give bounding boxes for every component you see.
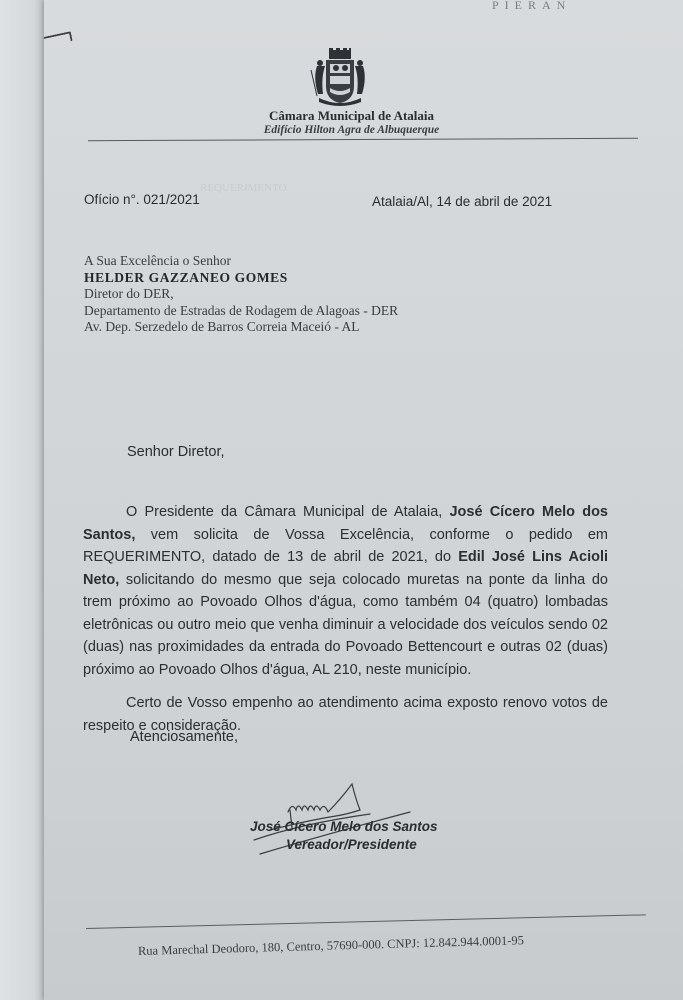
body-text-segment: solicitando do mesmo que seja colocado m…	[83, 572, 608, 678]
place-and-date: Atalaia/Al, 14 de abril de 2021	[372, 194, 552, 209]
building-name: Edifício Hilton Agra de Albuquerque	[0, 124, 683, 136]
addressee-block: A Sua Excelência o Senhor HELDER GAZZANE…	[84, 253, 398, 336]
bleed-through-text: REQUERIMENTO	[200, 182, 287, 194]
addressee-department: Departamento de Estradas de Rodagem de A…	[84, 303, 398, 320]
addressee-name: HELDER GAZZANEO GOMES	[84, 270, 398, 287]
addressee-role: Diretor do DER,	[84, 286, 398, 303]
letter-body: O Presidente da Câmara Municipal de Atal…	[83, 501, 608, 737]
underlying-page-edge	[0, 0, 48, 1000]
organization-name: Câmara Municipal de Atalaia	[0, 108, 683, 124]
municipal-coat-of-arms-icon	[305, 48, 375, 108]
addressee-address: Av. Dep. Serzedelo de Barros Correia Mac…	[84, 319, 398, 336]
salutation: Senhor Diretor,	[127, 444, 225, 460]
partial-stamp-text: PIERAN	[492, 0, 571, 13]
signer-name: José Cícero Melo dos Santos	[250, 819, 438, 834]
body-paragraph-1: O Presidente da Câmara Municipal de Atal…	[83, 501, 608, 681]
signer-title: Vereador/Presidente	[286, 837, 417, 852]
closing: Atenciosamente,	[130, 729, 238, 745]
document-number: Ofício n°. 021/2021	[84, 192, 200, 207]
body-text-segment: O Presidente da Câmara Municipal de Atal…	[126, 504, 449, 520]
addressee-greeting: A Sua Excelência o Senhor	[84, 253, 398, 270]
